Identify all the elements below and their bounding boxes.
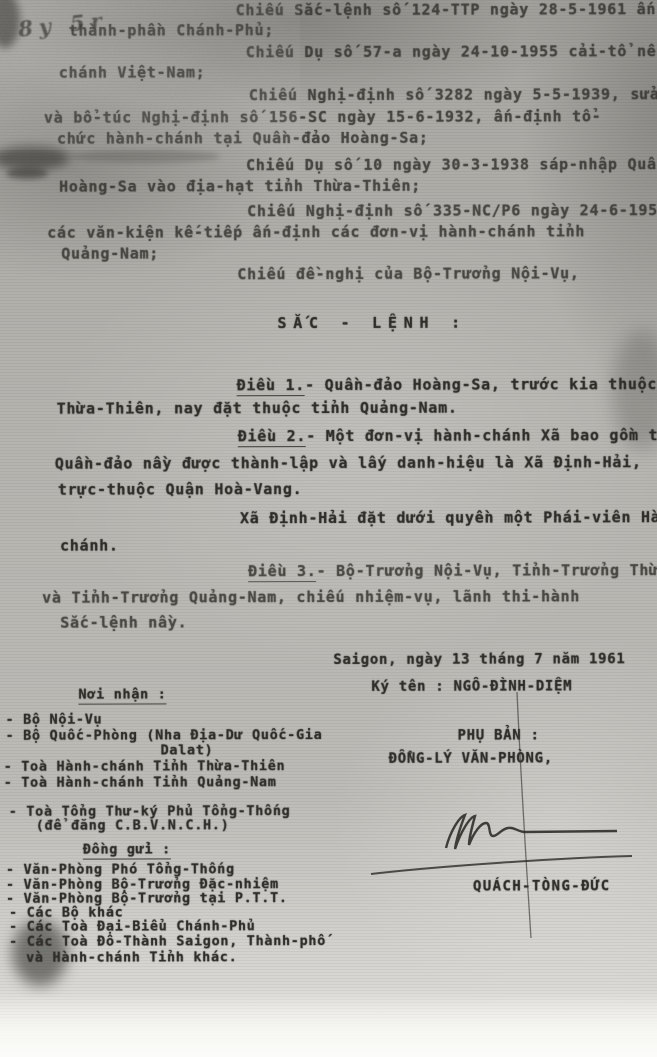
preamble-line: Chiếu Dụ số 57-a ngày 24-10-1955 cải-tổ … bbox=[246, 43, 657, 62]
article-3-line: Sắc-lệnh nầy. bbox=[60, 614, 187, 632]
cc-item: - Các Toà Đô-Thành Saigon, Thành-phố bbox=[9, 934, 326, 950]
recipients-header: Nơi nhận : bbox=[78, 687, 166, 704]
cc-header: Đồng gửi : bbox=[83, 842, 171, 859]
preamble-line: Chiếu Sắc-lệnh số 124-TTP ngày 28-5-1961… bbox=[236, 1, 657, 19]
article-3-line: Điều 3.- Bộ-Trưởng Nội-Vụ, Tỉnh-Trưởng T… bbox=[248, 562, 657, 581]
article-1-text: - Quần-đảo Hoàng-Sa, trước kia thuộc tỉn… bbox=[305, 375, 657, 394]
recipient-item: - Toà Hành-chánh Tỉnh Thừa-Thiên bbox=[4, 759, 286, 775]
article-2-label: Điều 2. bbox=[238, 427, 307, 447]
article-2-line: Xã Định-Hải đặt dưới quyền một Phái-viên… bbox=[240, 509, 657, 527]
article-1-line: Thừa-Thiên, nay đặt thuộc tỉnh Quảng-Nam… bbox=[57, 400, 458, 418]
article-2-line: Điều 2.- Một đơn-vị hành-chánh Xã bao gồ… bbox=[238, 427, 657, 445]
preamble-line: Chiếu Nghị-định số 335-NC/P6 ngày 24-6-1… bbox=[247, 202, 657, 220]
article-2-line: Quần-đảo nầy được thành-lập và lấy danh-… bbox=[55, 454, 642, 473]
article-2-text: - Một đơn-vị hành-chánh Xã bao gồm trọn bbox=[306, 426, 657, 445]
preamble-line: và bổ-túc Nghị-định số 156-SC ngày 15-6-… bbox=[44, 108, 602, 127]
article-2-line: trực-thuộc Quận Hoà-Vang. bbox=[58, 481, 303, 499]
typewritten-text-layer: Chiếu Sắc-lệnh số 124-TTP ngày 28-5-1961… bbox=[0, 0, 657, 1057]
article-2-line: chánh. bbox=[60, 538, 119, 555]
recipient-item: - Toà Hành-chánh Tỉnh Quảng-Nam bbox=[4, 775, 277, 791]
office-title: ĐỔNG-LÝ VĂN-PHÒNG, bbox=[389, 750, 553, 767]
article-1-line: Điều 1.- Quần-đảo Hoàng-Sa, trước kia th… bbox=[237, 376, 657, 394]
signed-by-line: Ký tên : NGÔ-ĐÌNH-DIỆM bbox=[371, 678, 572, 695]
signer-name: QUÁCH-TÒNG-ĐỨC bbox=[473, 878, 611, 894]
preamble-line: Chiếu Dụ số 10 ngày 30-3-1938 sáp-nhập Q… bbox=[246, 156, 657, 174]
article-3-text: - Bộ-Trưởng Nội-Vụ, Tỉnh-Trưởng Thừa-Thi… bbox=[317, 561, 657, 580]
copy-label: PHỤ BẢN : bbox=[458, 727, 540, 743]
preamble-line: Hoàng-Sa vào địa-hạt tỉnh Thừa-Thiên; bbox=[59, 178, 421, 196]
cc-item: và Hành-chánh Tỉnh khác. bbox=[26, 950, 237, 966]
article-3-line: và Tỉnh-Trưởng Quảng-Nam, chiếu nhiệm-vụ… bbox=[42, 588, 580, 607]
place-date-line: Saigon, ngày 13 tháng 7 năm 1961 bbox=[333, 651, 625, 668]
preamble-line: Chiếu Nghị-định số 3282 ngày 5-5-1939, s… bbox=[249, 86, 657, 104]
preamble-line: Quảng-Nam; bbox=[61, 245, 159, 263]
preamble-line: chức hành-chánh tại Quần-đảo Hoàng-Sa; bbox=[57, 130, 429, 148]
preamble-line: các văn-kiện kế-tiếp ấn-định các đơn-vị … bbox=[47, 223, 585, 242]
scanned-decree-page: 8y 5r Chiếu Sắc-lệnh số 124-TTP ngày 28-… bbox=[0, 0, 657, 1057]
preamble-line: Chiếu đề-nghị của Bộ-Trưởng Nội-Vụ, bbox=[237, 265, 579, 283]
article-1-label: Điều 1. bbox=[237, 376, 306, 396]
recipient-item: (để đăng C.B.V.N.C.H.) bbox=[36, 818, 230, 834]
decree-title: SẮC - LỆNH : bbox=[277, 315, 466, 333]
preamble-line: chánh Việt-Nam; bbox=[59, 64, 206, 82]
article-3-label: Điều 3. bbox=[248, 562, 317, 582]
recipient-item: Dalat) bbox=[161, 743, 214, 758]
preamble-line: thành-phần Chánh-Phủ; bbox=[69, 22, 274, 40]
recipient-item: - Bộ Nội-Vụ bbox=[5, 713, 102, 728]
